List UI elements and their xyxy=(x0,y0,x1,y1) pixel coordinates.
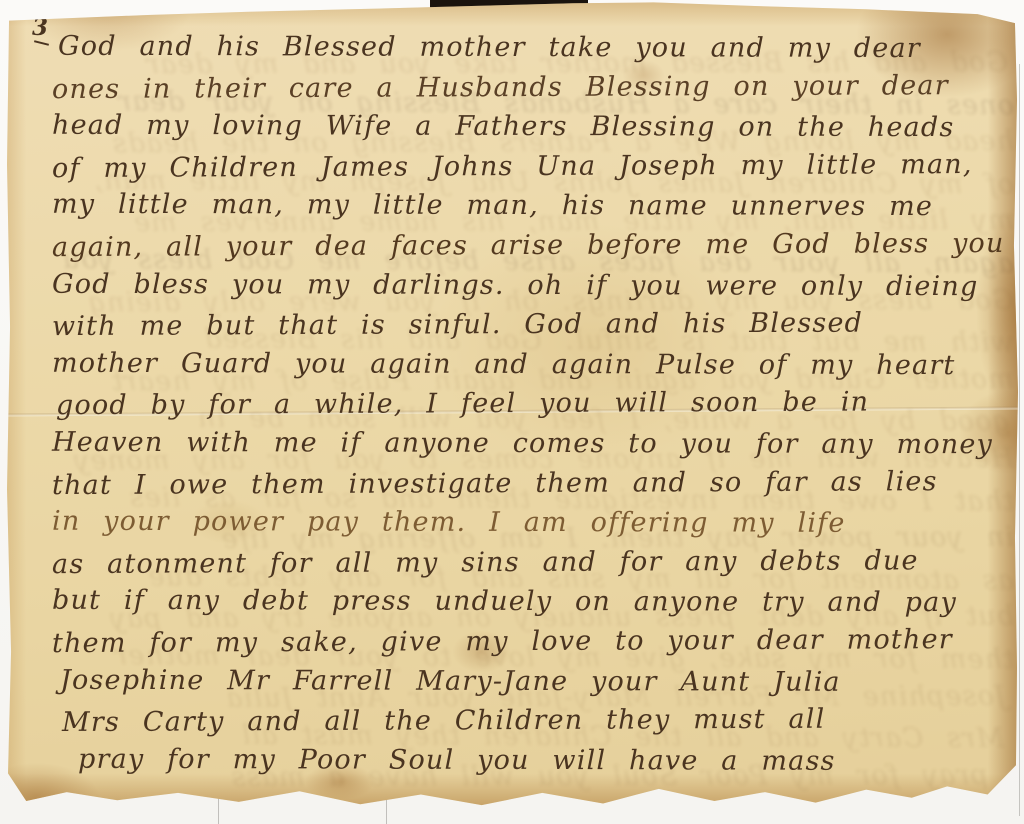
letter-line: them for my sake, give my love to your d… xyxy=(52,620,1002,664)
letter-line: Heaven with me if anyone comes to you fo… xyxy=(52,423,1002,465)
scanned-letter-scene: 3 God and his Blessed mother take you an… xyxy=(0,0,1024,824)
letter-line: good by for a while, I feel you will soo… xyxy=(56,382,1002,426)
letter-line: mother Guard you again and again Pulse o… xyxy=(52,344,1002,386)
letter-body: God and his Blessed mother take you and … xyxy=(52,28,1002,780)
letter-page: 3 God and his Blessed mother take you an… xyxy=(6,2,1018,814)
letter-line: with me but that is sinful. God and his … xyxy=(52,303,1002,347)
letter-line: that I owe them investigate them and so … xyxy=(52,461,1002,505)
letter-line: my little man, my little man, his name u… xyxy=(52,185,1002,227)
letter-line: ones in their care a Husbands Blessing o… xyxy=(52,66,1002,110)
letter-line: of my Children James Johns Una Joseph my… xyxy=(52,145,1002,189)
letter-line: again, all your dea faces arise before m… xyxy=(52,224,1002,268)
letter-line: in your power pay them. I am offering my… xyxy=(52,502,1002,544)
background-seam-line xyxy=(218,796,219,824)
letter-line: Josephine Mr Farrell Mary-Jane your Aunt… xyxy=(60,660,1002,702)
letter-line: God bless you my darlings. oh if you wer… xyxy=(52,264,1002,306)
page-number-value: 3 xyxy=(32,14,48,41)
letter-line: head my loving Wife a Fathers Blessing o… xyxy=(52,106,1002,148)
page-number-underline xyxy=(34,40,49,46)
letter-line: pray for my Poor Soul you will have a ma… xyxy=(78,739,1002,781)
letter-line: as atonment for all my sins and for any … xyxy=(52,541,1002,585)
letter-line: but if any debt press unduely on anyone … xyxy=(52,581,1002,623)
letter-line: Mrs Carty and all the Children they must… xyxy=(62,699,1002,743)
page-number: 3 xyxy=(32,14,49,44)
background-seam-line xyxy=(1019,64,1020,816)
letter-line: God and his Blessed mother take you and … xyxy=(58,27,1002,69)
